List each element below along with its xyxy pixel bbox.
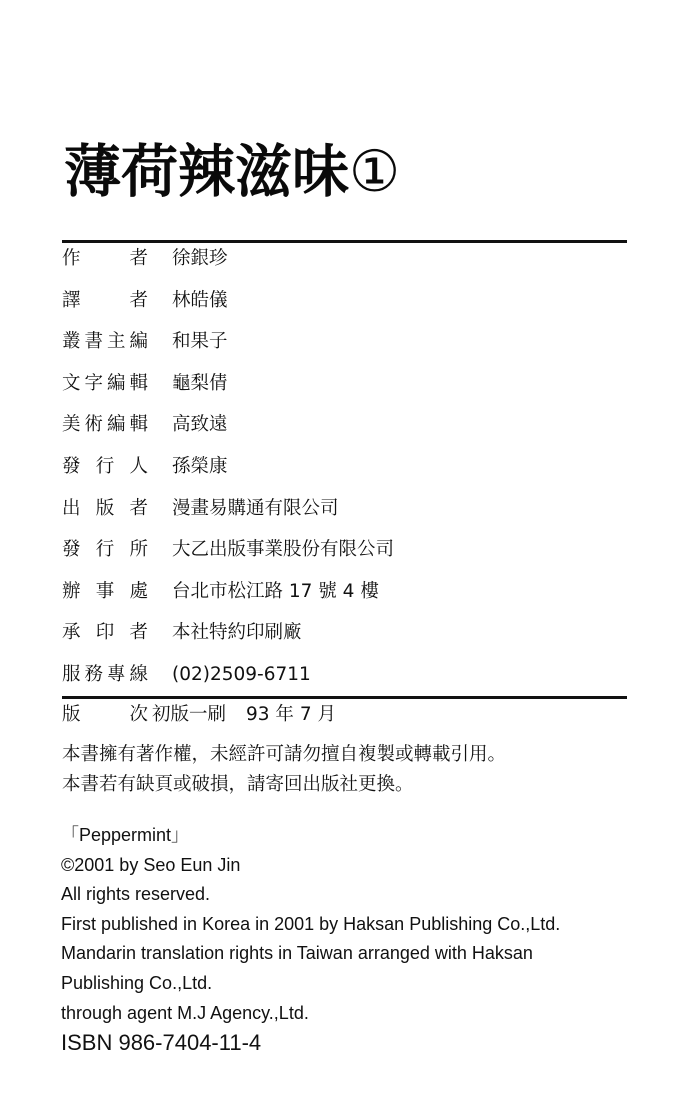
label-char: 輯: [129, 412, 148, 438]
credit-value: 林皓儀: [172, 288, 228, 314]
label-char: 版: [62, 702, 81, 728]
credit-label: 發 行 所: [62, 537, 148, 563]
label-char: 者: [129, 620, 148, 646]
credit-value: 龜梨倩: [172, 371, 228, 397]
label-char: 處: [129, 579, 148, 605]
label-char: 行: [96, 537, 115, 563]
credit-value: 大乙出版事業股份有限公司: [172, 537, 394, 563]
volume-number: ①: [349, 139, 400, 205]
label-char: 輯: [129, 371, 148, 397]
label-char: 編: [129, 329, 148, 355]
credit-row-text-editor: 文 字 編 輯 龜梨倩: [62, 371, 627, 413]
label-char: 書: [84, 329, 103, 355]
credit-row-art-editor: 美 術 編 輯 高致遠: [62, 412, 627, 454]
credit-label: 叢 書 主 編: [62, 329, 148, 355]
notice-line: 本書擁有著作權，未經許可請勿擅自複製或轉載引用。: [62, 740, 506, 770]
edition-value: 初版一刷: [152, 704, 226, 725]
label-char: 人: [129, 454, 148, 480]
label-char: 發: [62, 454, 81, 480]
label-char: 次: [129, 702, 148, 728]
credit-row-author: 作 者 徐銀珍: [62, 246, 627, 288]
label-char: 事: [96, 579, 115, 605]
label-char: 所: [129, 537, 148, 563]
credit-label: 辦 事 處: [62, 579, 148, 605]
credit-label: 美 術 編 輯: [62, 412, 148, 438]
credit-label: 服 務 專 線: [62, 662, 148, 688]
edition-date: 93 年 7 月: [246, 704, 336, 725]
label-char: 字: [84, 371, 103, 397]
label-char: 文: [62, 371, 81, 397]
isbn: ISBN 986-7404-11-4: [61, 1028, 261, 1058]
credit-row-publisher: 出 版 者 漫畫易購通有限公司: [62, 496, 627, 538]
label-char: 主: [107, 329, 126, 355]
label-char: 者: [129, 288, 148, 314]
english-rights-block: 「Peppermint」 ©2001 by Seo Eun Jin All ri…: [61, 821, 560, 1028]
credit-value: 徐銀珍: [172, 246, 228, 272]
label-char: 務: [84, 662, 103, 688]
credit-row-office: 辦 事 處 台北市松江路 17 號 4 樓: [62, 579, 627, 621]
label-char: 出: [62, 496, 81, 522]
credit-value: (02)2509-6711: [172, 662, 311, 688]
credit-row-series-editor: 叢 書 主 編 和果子: [62, 329, 627, 371]
label-char: 印: [96, 620, 115, 646]
label-char: 行: [96, 454, 115, 480]
credit-value: 和果子: [172, 329, 228, 355]
label-char: 術: [84, 412, 103, 438]
credit-row-publisher-person: 發 行 人 孫榮康: [62, 454, 627, 496]
original-title: 「Peppermint」: [61, 821, 560, 851]
label-char: 版: [96, 496, 115, 522]
first-published-line: First published in Korea in 2001 by Haks…: [61, 910, 560, 940]
credit-value: 孫榮康: [172, 454, 228, 480]
credit-label: 譯 者: [62, 288, 148, 314]
credit-label: 作 者: [62, 246, 148, 272]
credit-label: 承 印 者: [62, 620, 148, 646]
credit-value: 台北市松江路 17 號 4 樓: [172, 579, 379, 605]
copyright-notice: 本書擁有著作權，未經許可請勿擅自複製或轉載引用。 本書若有缺頁或破損，請寄回出版…: [62, 740, 506, 800]
label-char: 發: [62, 537, 81, 563]
label-char: 者: [129, 496, 148, 522]
credit-row-distributor: 發 行 所 大乙出版事業股份有限公司: [62, 537, 627, 579]
credit-value: 本社特約印刷廠: [172, 620, 302, 646]
label-char: 作: [62, 246, 81, 272]
agency-line: through agent M.J Agency.,Ltd.: [61, 999, 560, 1029]
label-char: 線: [129, 662, 148, 688]
credit-value: 漫畫易購通有限公司: [172, 496, 339, 522]
translation-rights-line: Mandarin translation rights in Taiwan ar…: [61, 939, 560, 969]
rights-reserved: All rights reserved.: [61, 880, 560, 910]
label-char: 專: [107, 662, 126, 688]
edition-row: 版 次 初版一刷93 年 7 月: [62, 702, 336, 728]
credit-label: 出 版 者: [62, 496, 148, 522]
credits-list: 作 者 徐銀珍 譯 者 林皓儀 叢 書 主 編 和果子 文 字 編 輯 龜梨倩 …: [62, 246, 627, 704]
book-title: 薄荷辣滋味①: [64, 136, 400, 208]
credit-row-translator: 譯 者 林皓儀: [62, 288, 627, 330]
credit-label: 文 字 編 輯: [62, 371, 148, 397]
edition-divider: [62, 696, 627, 699]
label-char: 服: [62, 662, 81, 688]
credit-row-printer: 承 印 者 本社特約印刷廠: [62, 620, 627, 662]
edition-label: 版 次: [62, 702, 148, 728]
label-char: 編: [107, 412, 126, 438]
label-char: 美: [62, 412, 81, 438]
copyright-line: ©2001 by Seo Eun Jin: [61, 851, 560, 881]
label-char: 者: [129, 246, 148, 272]
label-char: 辦: [62, 579, 81, 605]
label-char: 編: [107, 371, 126, 397]
title-text: 薄荷辣滋味: [64, 139, 349, 205]
top-divider: [62, 240, 627, 243]
label-char: 叢: [62, 329, 81, 355]
notice-line: 本書若有缺頁或破損，請寄回出版社更換。: [62, 770, 506, 800]
credit-value: 高致遠: [172, 412, 228, 438]
translation-rights-line-cont: Publishing Co.,Ltd.: [61, 969, 560, 999]
credit-label: 發 行 人: [62, 454, 148, 480]
label-char: 譯: [62, 288, 81, 314]
label-char: 承: [62, 620, 81, 646]
